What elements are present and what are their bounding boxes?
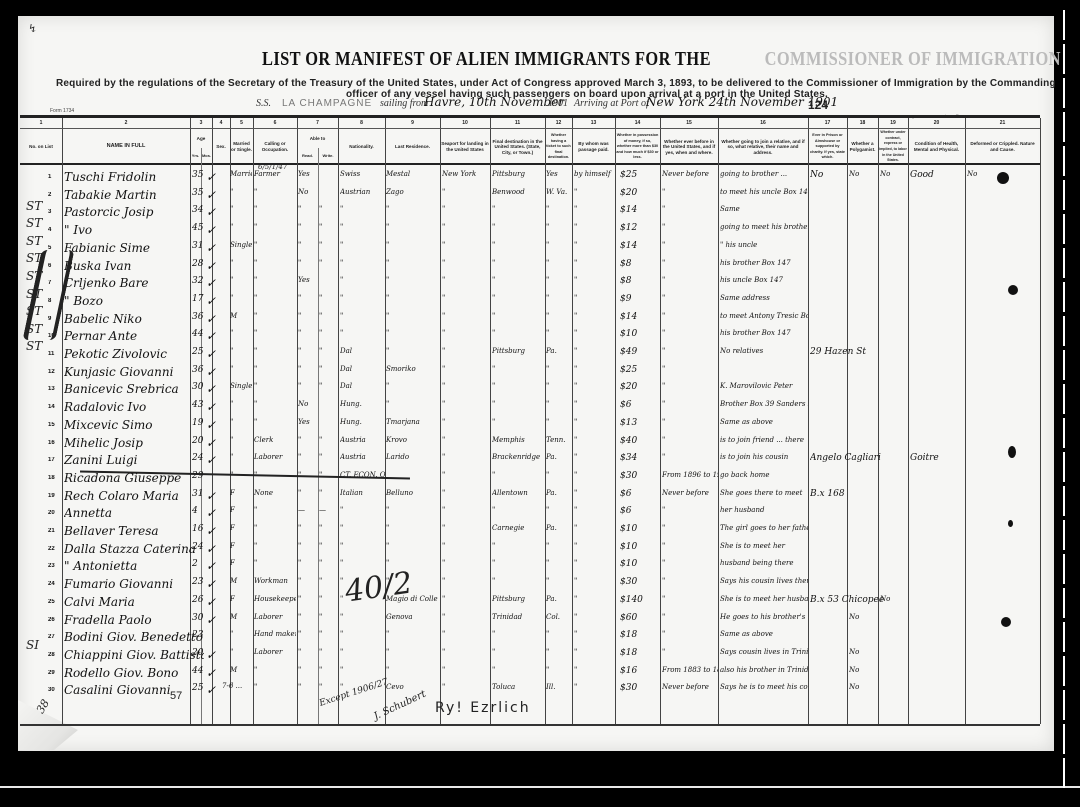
cell-occupation: " [254, 347, 296, 355]
cell-occupation: " [254, 223, 296, 231]
cell-ticket: Col. [546, 613, 572, 621]
cell-destination: " [492, 471, 546, 479]
cell-relative: husband being there [720, 559, 808, 567]
cell-before: " [662, 259, 718, 267]
cell-before: " [662, 365, 718, 373]
cell-nationality: " [340, 205, 386, 213]
cell-seaport: " [442, 683, 490, 691]
cell-destination: " [492, 400, 546, 408]
cell-seaport: " [442, 400, 490, 408]
col-num: 2 [62, 120, 190, 126]
cell-seaport: " [442, 577, 490, 585]
cell-ticket: " [546, 648, 572, 656]
cell-occupation: Farmer [254, 170, 296, 178]
cell-sex: ✓ [206, 170, 216, 184]
cell-residence: " [386, 506, 440, 514]
cell-occupation: Clerk [254, 436, 296, 444]
cell-write: " [319, 542, 338, 550]
cell-sex: ✓ [206, 666, 216, 680]
cell-paid-by: " [574, 453, 616, 461]
cell-paid-by: " [574, 329, 616, 337]
col-header-sex: Sex. [212, 132, 230, 162]
cell-read: — [298, 506, 318, 514]
cell-read: Yes [298, 276, 318, 284]
col-num: 12 [545, 120, 572, 126]
cell-occupation: " [254, 365, 296, 373]
table-row: 27Bodini Giov. Benedetto23"Hand maker"""… [20, 628, 1040, 646]
cell-relative: Says he is to meet his cousin [720, 683, 808, 691]
cell-no: 15 [48, 422, 56, 428]
col-header-before-in-us: Whether ever before in the United States… [660, 132, 718, 162]
cell-seaport: " [442, 223, 490, 231]
cell-no: 25 [48, 599, 56, 605]
cell-occupation: " [254, 312, 296, 320]
cell-occupation: None [254, 489, 296, 497]
cell-read: No [298, 400, 318, 408]
cell-seaport: " [442, 506, 490, 514]
cell-sex: ✓ [206, 259, 216, 273]
cell-name: Fradella Paolo [64, 613, 204, 627]
cell-write: " [319, 683, 338, 691]
cell-relative: his uncle Box 147 [720, 276, 808, 284]
film-sprocket-edge [1063, 10, 1065, 790]
cell-married: M [230, 613, 252, 621]
cell-write: " [319, 577, 338, 585]
corner-mark: ↯ [28, 22, 37, 35]
cell-seaport: " [442, 365, 490, 373]
cell-write: " [319, 365, 338, 373]
cell-destination: Brackenridge [492, 453, 546, 461]
cell-relative: is to join friend ... there [720, 436, 808, 444]
cell-sex: ✓ [206, 418, 216, 432]
cell-read: " [298, 294, 318, 302]
cell-no: 12 [48, 369, 56, 375]
cell-ticket: Ill. [546, 683, 572, 691]
table-bottom-rule [20, 724, 1040, 726]
cell-write: " [319, 559, 338, 567]
cell-name: " Bozo [64, 294, 204, 308]
cell-nationality: Austria [340, 453, 386, 461]
cell-seaport: New York [442, 170, 490, 178]
cell-name: Bodini Giov. Benedetto [64, 630, 204, 644]
col-num: 5 [230, 120, 253, 126]
cell-money: $30 [620, 471, 660, 481]
col-header-joining-relative: Whether going to join a relative, and if… [718, 132, 808, 162]
cell-no: 23 [48, 563, 56, 569]
cell-seaport: " [442, 205, 490, 213]
cell-read: " [298, 613, 318, 621]
table-row: 19Rech Colaro Maria31✓FNone""ItalianBell… [20, 487, 1040, 505]
cell-money: $10 [620, 524, 660, 534]
col-header-occupation: Calling or Occupation. [253, 132, 297, 162]
cell-nationality: Swiss [340, 170, 386, 178]
cell-residence: Mestal [386, 170, 440, 178]
cell-residence: Larido [386, 453, 440, 461]
cell-seaport: " [442, 276, 490, 284]
cell-polygamist: No [849, 666, 879, 674]
cell-relative: Same as above [720, 418, 808, 426]
cell-money: $20 [620, 188, 660, 198]
cell-name: Chiappini Giov. Battista [64, 648, 204, 662]
cell-residence: " [386, 312, 440, 320]
cell-before: " [662, 559, 718, 567]
col-header-passage-paid: By whom was passage paid. [572, 132, 615, 162]
cell-residence: " [386, 542, 440, 550]
cell-read: " [298, 524, 318, 532]
cell-occupation: " [254, 205, 296, 213]
cell-no: 22 [48, 546, 56, 552]
col-header-age-mos: Mos. [201, 150, 212, 162]
cell-residence: " [386, 648, 440, 656]
cell-read: " [298, 630, 318, 638]
cell-seaport: " [442, 312, 490, 320]
table-row: 5Fabianic Sime31✓Single"""""""""$14"" hi… [20, 239, 1040, 257]
cell-read: " [298, 347, 318, 355]
col-num: 8 [338, 120, 385, 126]
col-num: 20 [908, 120, 965, 126]
col-num: 1 [20, 120, 62, 126]
cell-married: " [230, 205, 252, 213]
cell-money: $16 [620, 666, 660, 676]
col-header-final-destination: Final destination in the United States. … [490, 132, 545, 162]
cell-occupation: " [254, 542, 296, 550]
cell-sex: ✓ [206, 683, 216, 697]
cell-read: No [298, 188, 318, 196]
cell-ticket: " [546, 241, 572, 249]
cell-name: Tuschi Fridolin [64, 170, 204, 184]
cell-polygamist: No [849, 613, 879, 621]
col-header-name: NAME IN FULL [62, 132, 190, 162]
cell-paid-by: " [574, 276, 616, 284]
cell-residence: " [386, 559, 440, 567]
cell-before: " [662, 613, 718, 621]
cell-before: " [662, 347, 718, 355]
cell-write: " [319, 453, 338, 461]
cell-before: " [662, 205, 718, 213]
cell-read: " [298, 223, 318, 231]
cell-sex: ✓ [206, 577, 216, 591]
cell-no: 14 [48, 404, 56, 410]
cell-before: Never before [662, 683, 718, 691]
ink-blot [1008, 446, 1016, 458]
col-num: 10 [440, 120, 490, 126]
cell-paid-by: " [574, 205, 616, 213]
cell-destination: " [492, 241, 546, 249]
cell-sex: ✓ [206, 276, 216, 290]
cell-ticket: " [546, 312, 572, 320]
cell-nationality: " [340, 666, 386, 674]
cell-occupation: Laborer [254, 613, 296, 621]
cell-seaport: " [442, 630, 490, 638]
cell-ticket: " [546, 542, 572, 550]
sailing-value: Havre, 10th November [424, 95, 564, 109]
cell-destination: Pittsburg [492, 595, 546, 603]
cell-no: 16 [48, 440, 56, 446]
cell-read: " [298, 329, 318, 337]
cell-read: Yes [298, 170, 318, 178]
cell-married: Single [230, 382, 252, 390]
cell-relative: to meet his uncle Box 147 [720, 188, 808, 196]
cell-married: " [230, 347, 252, 355]
table-row: 3Pastorcic Josip34✓""""""""""$14"Same [20, 203, 1040, 221]
arriving-label: Arriving at Port of [574, 98, 649, 109]
cell-destination: Allentown [492, 489, 546, 497]
cell-seaport: " [442, 489, 490, 497]
col-header-seaport: Seaport for landing in the United States [440, 132, 490, 162]
cell-write: " [319, 666, 338, 674]
cell-residence: " [386, 382, 440, 390]
cell-seaport: " [442, 471, 490, 479]
cell-relative: She goes there to meet [720, 489, 808, 497]
cell-read: " [298, 577, 318, 585]
cell-before: " [662, 329, 718, 337]
ship-name: LA CHAMPAGNE [282, 98, 372, 109]
cell-before: " [662, 223, 718, 231]
cell-money: $10 [620, 329, 660, 339]
cell-read: " [298, 312, 318, 320]
footer-count: 57 [170, 690, 182, 702]
cell-destination: " [492, 506, 546, 514]
cell-residence: Genova [386, 613, 440, 621]
cell-prison: 29 Hazen St [810, 347, 900, 357]
cell-relative: her husband [720, 506, 808, 514]
cell-write: " [319, 489, 338, 497]
cell-ticket: Pa. [546, 347, 572, 355]
cell-polygamist: No [849, 170, 879, 178]
cell-before: " [662, 276, 718, 284]
cell-no: 21 [48, 528, 56, 534]
row1-above-note: 6/5/1/47 [258, 163, 287, 171]
cell-occupation: " [254, 329, 296, 337]
cell-name: Babelic Niko [64, 312, 204, 326]
col-num: 19 [878, 120, 908, 126]
cell-relative: go back home [720, 471, 808, 479]
cell-residence: Zago [386, 188, 440, 196]
cell-no: 24 [48, 581, 56, 587]
cell-sex: ✓ [206, 648, 216, 662]
cell-occupation: Workman [254, 577, 296, 585]
cell-paid-by: " [574, 382, 616, 390]
col-num: 3 [190, 120, 212, 126]
cell-relative: is to join his cousin [720, 453, 808, 461]
cell-sex: ✓ [206, 365, 216, 379]
cell-read: " [298, 648, 318, 656]
cell-nationality: " [340, 506, 386, 514]
cell-destination: " [492, 382, 546, 390]
cell-write: " [319, 223, 338, 231]
cell-destination: " [492, 294, 546, 302]
cell-relative: He goes to his brother's [720, 613, 808, 621]
cell-nationality: Dal [340, 365, 386, 373]
col-header-prison: Ever in Prison or Almshouse or supported… [808, 132, 847, 162]
cell-married: " [230, 648, 252, 656]
table-row: 10Pernar Ante44✓""""""""""$10"his brothe… [20, 327, 1040, 345]
cell-married: " [230, 436, 252, 444]
cell-destination: " [492, 577, 546, 585]
cell-no: 27 [48, 634, 56, 640]
table-row: 22Dalla Stazza Caterina24✓F"""""""""$10"… [20, 540, 1040, 558]
cell-nationality: " [340, 630, 386, 638]
cell-destination: Pittsburg [492, 170, 546, 178]
cell-write: " [319, 436, 338, 444]
cell-before: " [662, 400, 718, 408]
cell-name: " Ivo [64, 223, 204, 237]
cell-before: From 1883 to 1897 [662, 666, 718, 674]
cell-money: $12 [620, 223, 660, 233]
cell-ticket: Tenn. [546, 436, 572, 444]
cell-ticket: " [546, 259, 572, 267]
cell-read: " [298, 259, 318, 267]
cell-occupation: Hand maker [254, 630, 296, 638]
cell-seaport: " [442, 418, 490, 426]
cell-residence: " [386, 524, 440, 532]
cell-sex: ✓ [206, 188, 216, 202]
table-row: 21Bellaver Teresa16✓F""""""CarnegiePa."$… [20, 522, 1040, 540]
table-row: 11Pekotic Zivolovic25✓""""Dal""Pittsburg… [20, 345, 1040, 363]
cell-read: " [298, 595, 318, 603]
cell-prison: Angelo Cagliari [810, 453, 900, 463]
cell-destination: " [492, 648, 546, 656]
cell-name: Bellaver Teresa [64, 524, 204, 538]
cell-nationality: " [340, 524, 386, 532]
cell-married: " [230, 259, 252, 267]
cell-ticket: " [546, 382, 572, 390]
table-row: 9Babelic Niko36✓M"""""""""$14"to meet An… [20, 310, 1040, 328]
table-row: 8" Bozo17✓""""""""""$9"Same address [20, 292, 1040, 310]
cell-before: From 1896 to 1901 [662, 471, 718, 479]
table-row: 28Chiappini Giov. Battista20✓"Laborer"""… [20, 646, 1040, 664]
cell-residence: " [386, 400, 440, 408]
table-row: 29Rodello Giov. Bono44✓M"""""""""$16From… [20, 664, 1040, 682]
cell-money: $25 [620, 170, 660, 180]
cell-paid-by: " [574, 506, 616, 514]
cell-sex: ✓ [206, 347, 216, 361]
col-num: 21 [965, 120, 1040, 126]
table-row: 7Crljenko Bare32✓""Yes""""""$8"his uncle… [20, 274, 1040, 292]
cell-no: 18 [48, 475, 56, 481]
cell-sex: ✓ [206, 524, 216, 538]
cell-write: " [319, 241, 338, 249]
cell-name: Rodello Giov. Bono [64, 666, 204, 680]
cell-paid-by: " [574, 365, 616, 373]
cell-married: " [230, 188, 252, 196]
cell-residence: " [386, 205, 440, 213]
cell-money: $18 [620, 630, 660, 640]
cell-residence: " [386, 241, 440, 249]
cell-seaport: " [442, 294, 490, 302]
cell-before: Never before [662, 489, 718, 497]
cell-sex: ✓ [206, 453, 216, 467]
cell-name: Casalini Giovanni [64, 683, 204, 697]
cell-nationality: " [340, 559, 386, 567]
cell-residence: Smoriko [386, 365, 440, 373]
table-row: 23" Antonietta2✓F"""""""""$10"husband be… [20, 557, 1040, 575]
cell-name: Fabianic Sime [64, 241, 204, 255]
cell-occupation: " [254, 683, 296, 691]
cell-paid-by: " [574, 188, 616, 196]
cell-ticket: " [546, 559, 572, 567]
cell-no: 1 [48, 174, 56, 180]
cell-nationality: Hung. [340, 400, 386, 408]
cell-destination: Trinidad [492, 613, 546, 621]
cell-name: Mihelic Josip [64, 436, 204, 450]
cell-read: " [298, 365, 318, 373]
cell-paid-by: " [574, 418, 616, 426]
cell-paid-by: " [574, 400, 616, 408]
cell-write: " [319, 312, 338, 320]
cell-married: Single [230, 241, 252, 249]
cell-destination: Pittsburg [492, 347, 546, 355]
cell-seaport: " [442, 542, 490, 550]
page-number: 124 [808, 98, 828, 112]
cell-write: " [319, 524, 338, 532]
cell-seaport: " [442, 329, 490, 337]
cell-nationality: " [340, 223, 386, 231]
table-row: 15Mixcevic Simo19✓""YesHung.Tmarjana""""… [20, 416, 1040, 434]
cell-write: " [319, 329, 338, 337]
cell-write: " [319, 613, 338, 621]
table-row: 24Fumario Giovanni23✓MWorkman""""""""$30… [20, 575, 1040, 593]
cell-before: " [662, 524, 718, 532]
col-rule [1040, 118, 1041, 724]
cell-before: " [662, 453, 718, 461]
col-header-age-yrs: Yrs. [190, 150, 201, 162]
cell-no: 30 [48, 687, 56, 693]
cell-occupation: " [254, 400, 296, 408]
cell-destination: " [492, 559, 546, 567]
cell-paid-by: " [574, 613, 616, 621]
cell-before: " [662, 312, 718, 320]
cell-occupation: " [254, 241, 296, 249]
cell-relative: Brother Box 39 Sanders Street [720, 400, 808, 408]
cell-name: Fumario Giovanni [64, 577, 204, 591]
col-header-deformed: Deformed or Crippled. Nature and Cause. [965, 132, 1040, 162]
table-row: 25Calvi Maria26✓FHousekeeper"""Magio di … [20, 593, 1040, 611]
cell-occupation: " [254, 188, 296, 196]
cell-residence: Krovo [386, 436, 440, 444]
cell-occupation: " [254, 382, 296, 390]
table-row: 6Buska Ivan28✓""""""""""$8"his brother B… [20, 257, 1040, 275]
ink-blot [1001, 617, 1011, 627]
cell-occupation: Housekeeper [254, 595, 296, 603]
col-num: 11 [490, 120, 545, 126]
cell-ticket: " [546, 630, 572, 638]
cell-nationality: Hung. [340, 418, 386, 426]
cell-paid-by: " [574, 648, 616, 656]
cell-destination: " [492, 223, 546, 231]
cell-money: $49 [620, 347, 660, 357]
cell-relative: She is to meet her [720, 542, 808, 550]
cell-occupation: " [254, 506, 296, 514]
sailing-year: 1901 [548, 98, 568, 109]
col-header-write: Write. [318, 150, 338, 162]
ink-blot [1008, 520, 1013, 527]
cell-sex: ✓ [206, 382, 216, 396]
cell-seaport: " [442, 559, 490, 567]
cell-before: " [662, 188, 718, 196]
cell-sex: ✓ [206, 223, 216, 237]
cell-married: M [230, 666, 252, 674]
cell-read: " [298, 241, 318, 249]
cell-money: $9 [620, 294, 660, 304]
cell-sex: ✓ [206, 400, 216, 414]
col-num: 4 [212, 120, 230, 126]
cell-ticket: Pa. [546, 453, 572, 461]
cell-nationality: Austrian [340, 188, 386, 196]
cell-money: $30 [620, 577, 660, 587]
table-row: 12Kunjasic Giovanni36✓""""DalSmoriko""""… [20, 363, 1040, 381]
cell-name: Rech Colaro Maria [64, 489, 204, 503]
